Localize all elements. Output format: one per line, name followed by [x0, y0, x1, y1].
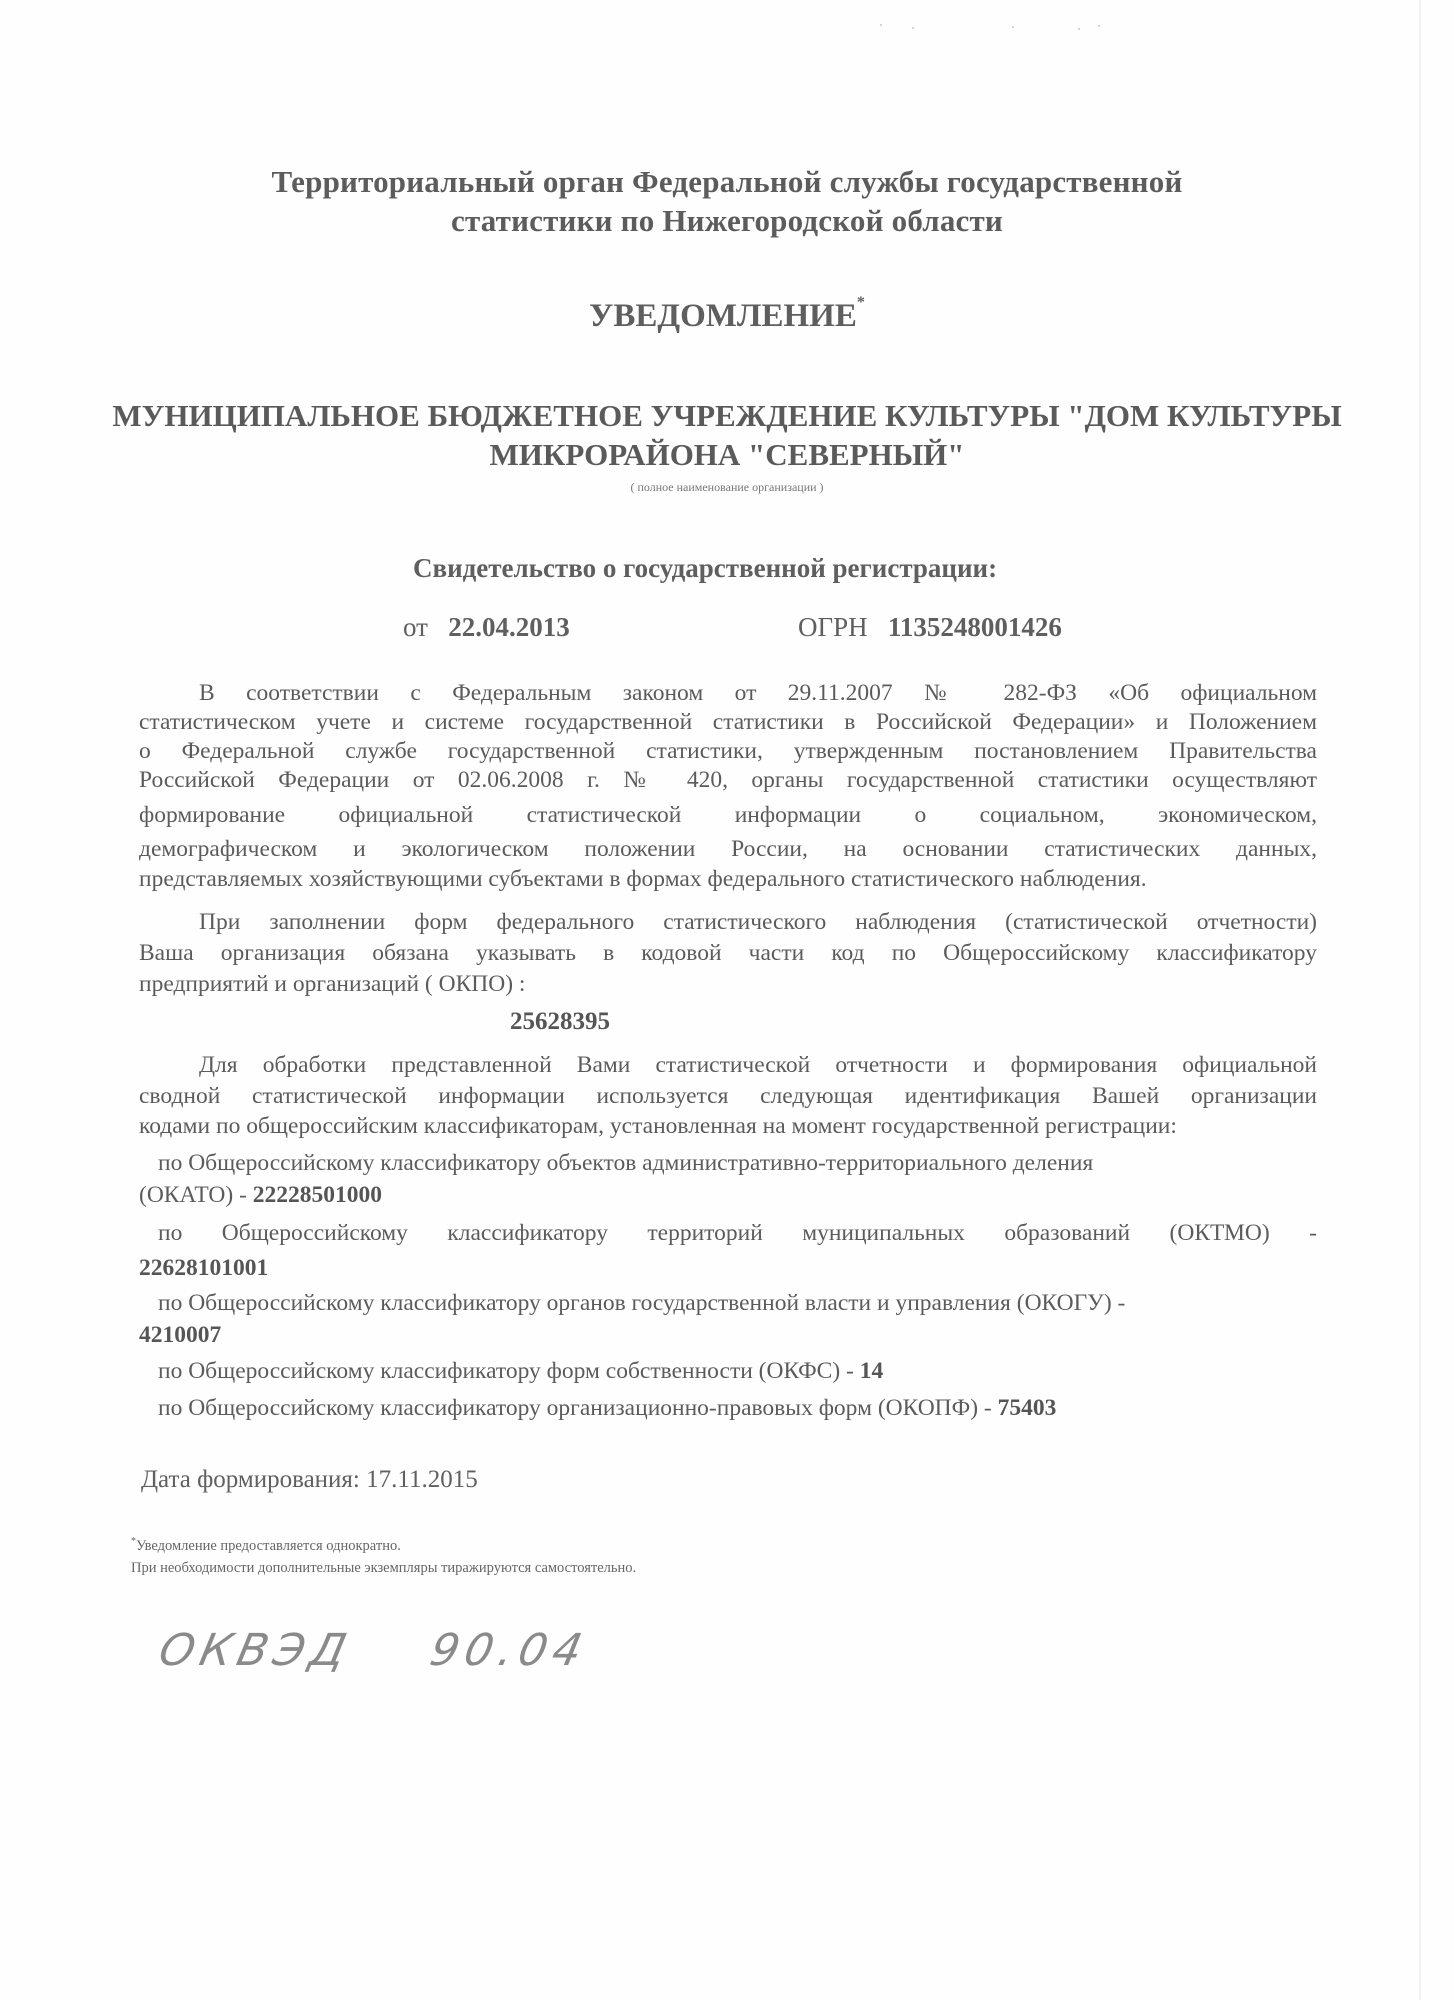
- classifier-okato-code: 22228501000: [253, 1182, 382, 1208]
- paragraph-1-line: о Федеральной службе государственной ста…: [139, 738, 1317, 765]
- paragraph-3-line: сводной статистической информации исполь…: [139, 1083, 1317, 1110]
- registration-date-label: от: [403, 612, 428, 642]
- classifier-okogu-description: по Общероссийскому классификатору органо…: [158, 1290, 1125, 1317]
- paragraph-3-line: Для обработки представленной Вами статис…: [139, 1052, 1317, 1079]
- formation-date: Дата формирования: 17.11.2015: [141, 1466, 478, 1494]
- title-footnote-mark: *: [857, 294, 865, 311]
- formation-date-label: Дата формирования:: [141, 1466, 360, 1493]
- paragraph-2-line: Ваша организация обязана указывать в код…: [139, 940, 1317, 967]
- classifier-okopf: по Общероссийскому классификатору органи…: [158, 1395, 1056, 1422]
- ogrn-label: ОГРН: [798, 612, 868, 642]
- paragraph-1-line: статистическом учете и системе государст…: [139, 709, 1317, 736]
- scan-speckle: [1012, 26, 1014, 28]
- classifier-okfs: по Общероссийскому классификатору форм с…: [158, 1358, 883, 1385]
- footnote-line-1: *Уведомление предоставляется однократно.: [131, 1536, 401, 1555]
- classifier-okopf-code: 75403: [998, 1395, 1057, 1421]
- document-title: УВЕДОМЛЕНИЕ*: [0, 298, 1454, 335]
- footnote-line-2: При необходимости дополнительные экземпл…: [131, 1560, 636, 1577]
- classifier-okato: (ОКАТО) - 22228501000: [139, 1182, 382, 1209]
- scanned-document-page: Территориальный орган Федеральной службы…: [0, 0, 1454, 2000]
- classifier-oktmo-code: 22628101001: [139, 1255, 268, 1281]
- paragraph-1-line: формирование официальной статистической …: [139, 802, 1317, 829]
- scan-speckle: [1078, 28, 1080, 30]
- organization-name-line-1: МУНИЦИПАЛЬНОЕ БЮДЖЕТНОЕ УЧРЕЖДЕНИЕ КУЛЬТ…: [0, 398, 1454, 434]
- organization-name-line-2: МИКРОРАЙОНА "СЕВЕРНЫЙ": [0, 437, 1454, 473]
- formation-date-value: 17.11.2015: [366, 1466, 478, 1493]
- paragraph-2-line: При заполнении форм федерального статист…: [139, 909, 1317, 936]
- classifier-okato-prefix: (ОКАТО) -: [139, 1182, 253, 1208]
- scan-speckle: [1098, 25, 1100, 27]
- paragraph-1-line: Российской Федерации от 02.06.2008 г. № …: [139, 767, 1317, 794]
- paragraph-2-line: предприятий и организаций ( ОКПО) :: [139, 971, 1317, 998]
- classifier-oktmo-description: по Общероссийскому классификатору террит…: [158, 1220, 1317, 1247]
- classifier-okogu: 4210007: [139, 1322, 221, 1349]
- classifier-okato-description: по Общероссийскому классификатору объект…: [158, 1150, 1093, 1177]
- document-title-text: УВЕДОМЛЕНИЕ: [589, 298, 857, 334]
- organization-name-caption: ( полное наименование организации ): [0, 480, 1454, 495]
- paragraph-3-line: кодами по общероссийским классификаторам…: [139, 1113, 1317, 1140]
- paragraph-1-line: демографическом и экологическом положени…: [139, 836, 1317, 863]
- agency-name-line-1: Территориальный орган Федеральной службы…: [0, 164, 1454, 200]
- registration-heading: Свидетельство о государственной регистра…: [413, 553, 997, 584]
- classifier-oktmo: 22628101001: [139, 1255, 268, 1282]
- registration-date: от 22.04.2013: [403, 612, 570, 643]
- registration-date-value: 22.04.2013: [448, 612, 570, 642]
- paragraph-1-line: представляемых хозяйствующими субъектами…: [139, 866, 1317, 893]
- handwritten-note: ОКВЭД 90.04: [155, 1625, 593, 1676]
- classifier-okfs-description: по Общероссийскому классификатору форм с…: [158, 1358, 860, 1384]
- scan-speckle: [880, 24, 882, 26]
- handwritten-okved-label: ОКВЭД: [155, 1625, 357, 1676]
- ogrn: ОГРН 1135248001426: [798, 612, 1062, 643]
- classifier-okopf-description: по Общероссийскому классификатору органи…: [158, 1395, 998, 1421]
- okpo-code: 25628395: [510, 1008, 610, 1036]
- agency-name-line-2: статистики по Нижегородской области: [0, 203, 1454, 239]
- classifier-okogu-code: 4210007: [139, 1322, 221, 1348]
- handwritten-okved-code: 90.04: [426, 1625, 593, 1676]
- scan-speckle: [912, 27, 914, 29]
- classifier-okfs-code: 14: [860, 1358, 884, 1384]
- ogrn-value: 1135248001426: [888, 612, 1062, 642]
- footnote-text-1: Уведомление предоставляется однократно.: [136, 1538, 401, 1554]
- paragraph-1-line: В соответствии с Федеральным законом от …: [139, 680, 1317, 707]
